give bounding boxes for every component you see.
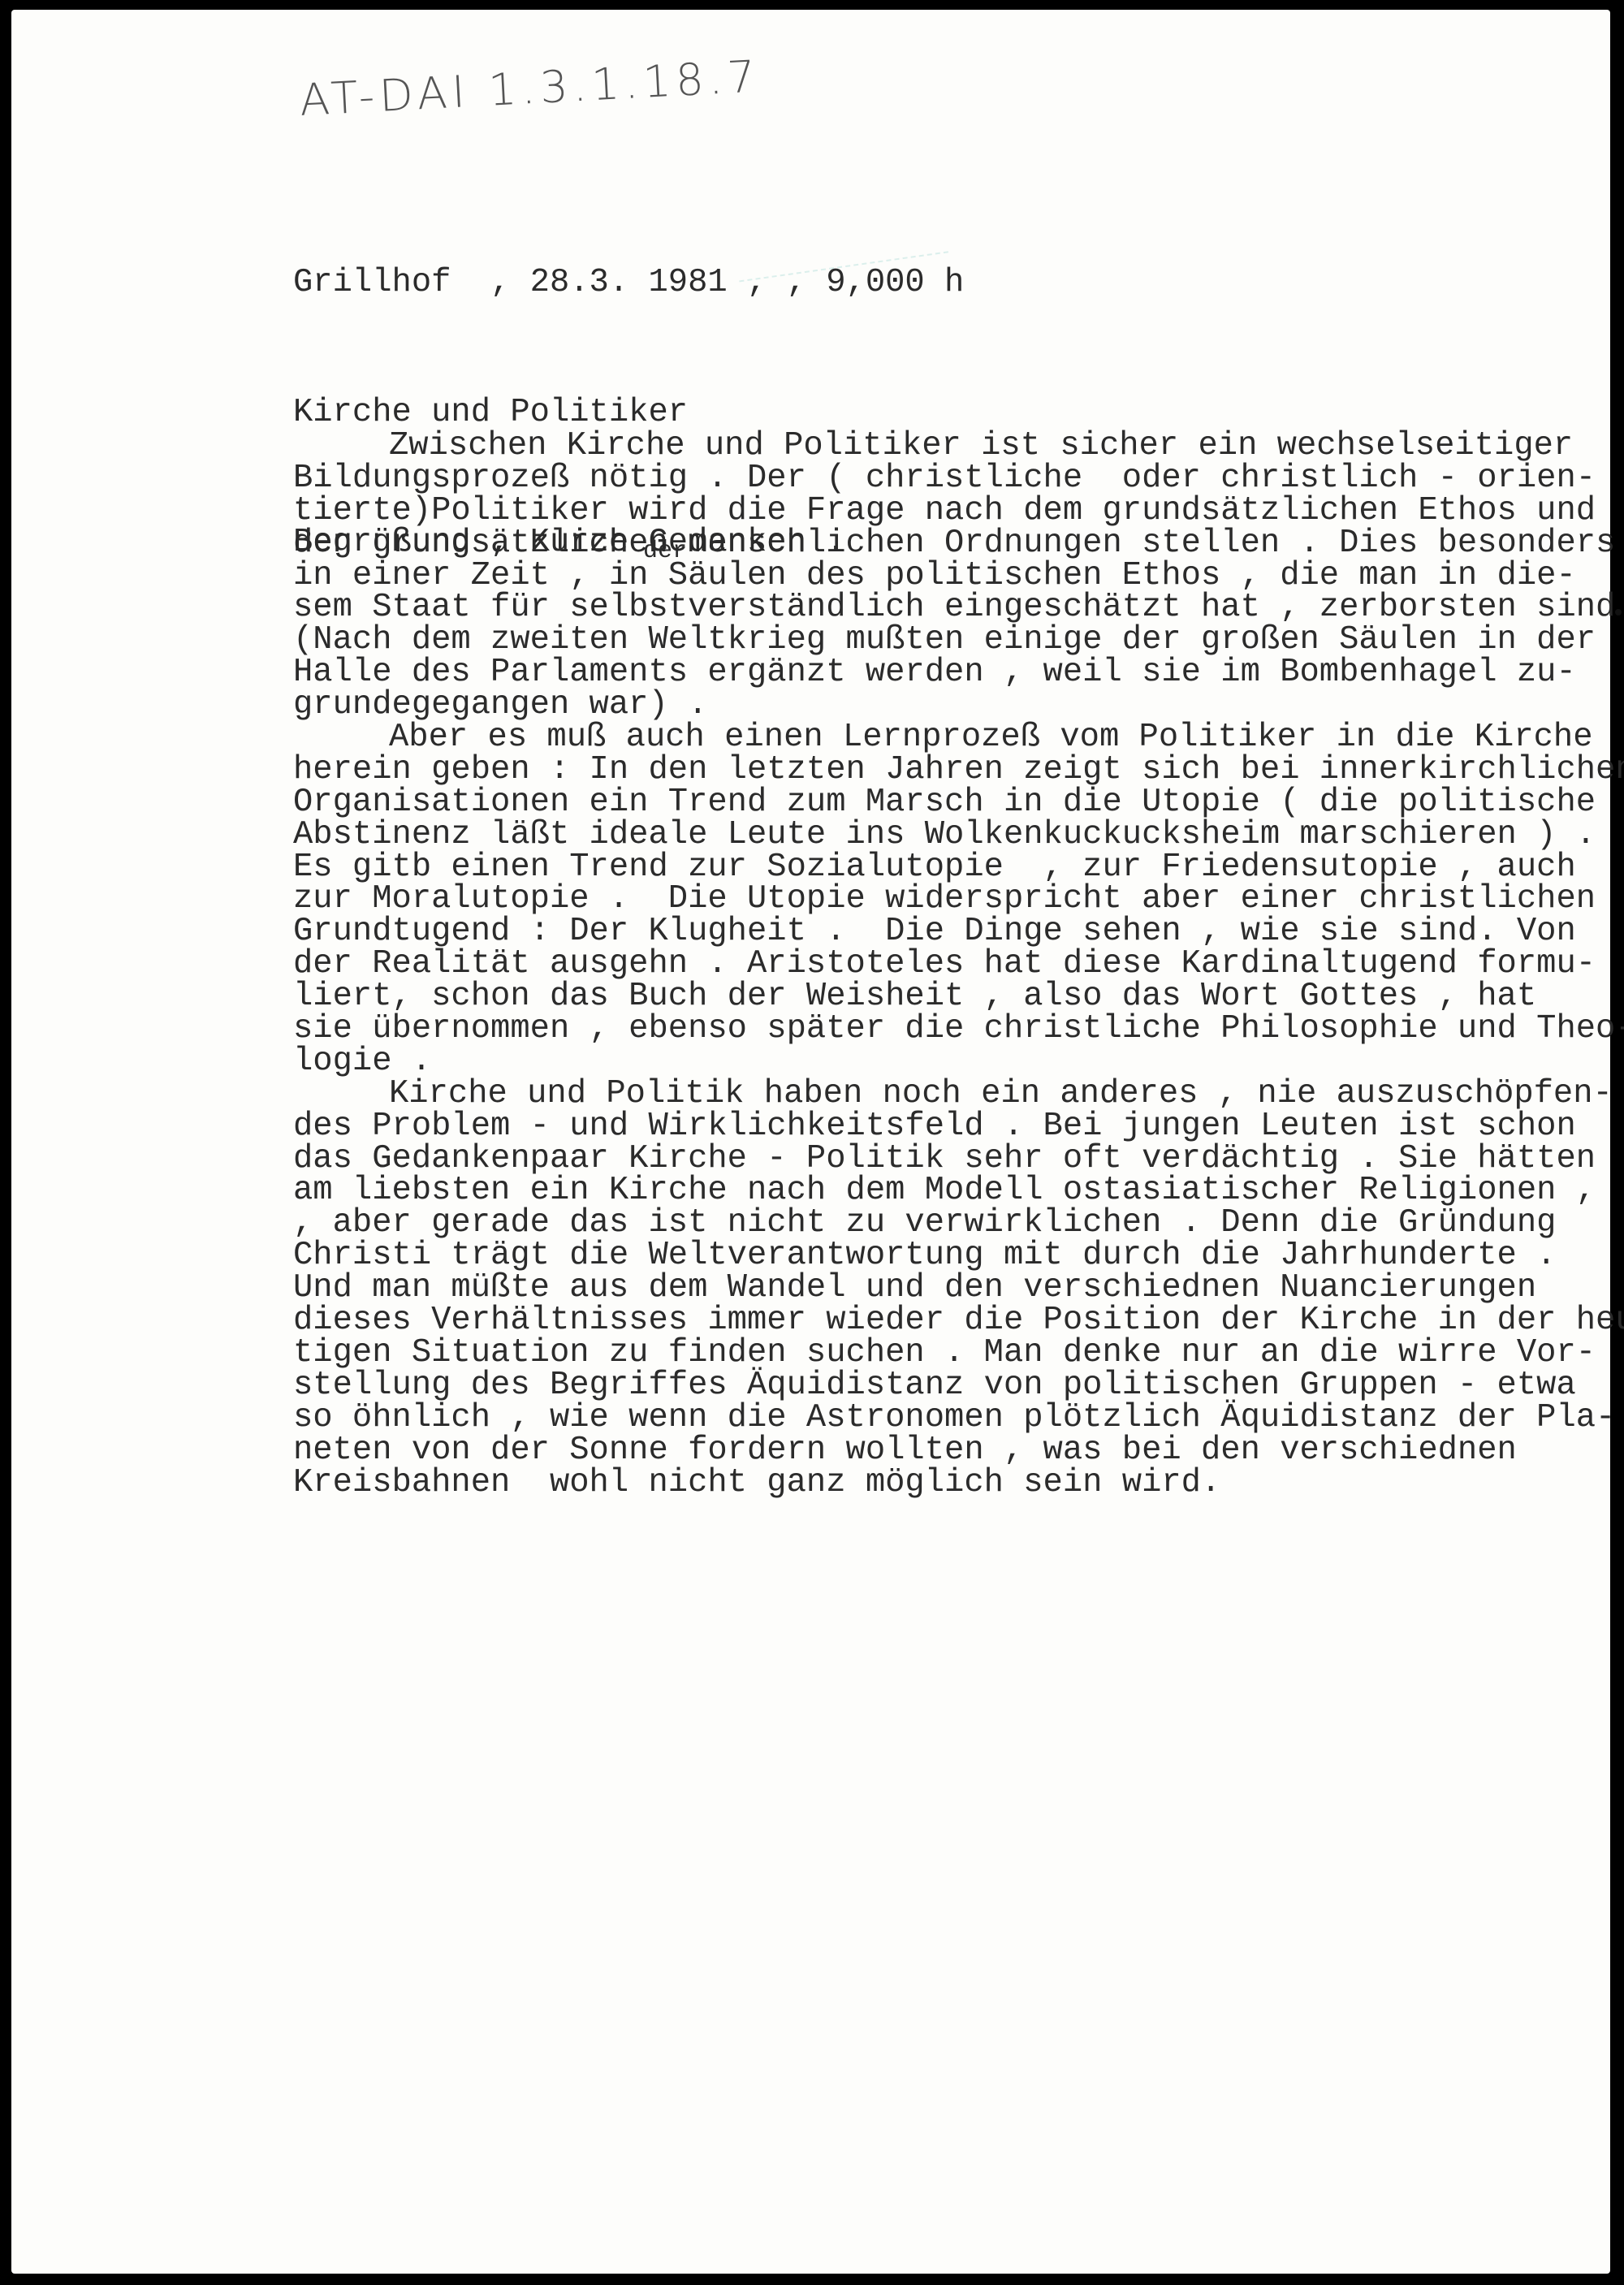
body-line: den grundsätzlichen menschlichen Ordnung… [293,528,1624,560]
body-line: logie . [293,1046,1624,1078]
body-line: Zwischen Kirche und Politiker ist sicher… [293,430,1624,463]
body-line: herein geben : In den letzten Jahren zei… [293,754,1624,787]
body-line: Abstinenz läßt ideale Leute ins Wolkenku… [293,819,1624,852]
scanned-page: AT-DAI 1.3.1.18.7 Grillhof , 28.3. 1981 … [11,10,1610,2274]
body-line: am liebsten ein Kirche nach dem Modell o… [293,1175,1624,1207]
body-line: stellung des Begriffes Äquidistanz von p… [293,1370,1624,1402]
body-line: tigen Situation zu finden suchen . Man d… [293,1337,1624,1370]
body-line: Organisationen ein Trend zum Marsch in d… [293,787,1624,819]
body-line: Und man müßte aus dem Wandel und den ver… [293,1272,1624,1305]
handwritten-archive-id: AT-DAI 1.3.1.18.7 [298,50,761,126]
body-line: tierte)Politiker wird die Frage nach dem… [293,495,1624,528]
body-line: Bildungsprozeß nötig . Der ( christliche… [293,463,1624,495]
body-line: , aber gerade das ist nicht zu verwirkli… [293,1207,1624,1240]
body-line: neten von der Sonne fordern wollten , wa… [293,1435,1624,1467]
body-line: in einer Zeit , in Säulen des politische… [293,560,1624,593]
document-body: Zwischen Kirche und Politiker ist sicher… [293,430,1624,1499]
body-line: der Realität ausgehn . Aristoteles hat d… [293,948,1624,981]
body-line: Es gitb einen Trend zur Sozialutopie , z… [293,852,1624,884]
body-line: des Problem - und Wirklichkeitsfeld . Be… [293,1111,1624,1143]
body-line: so öhnlich , wie wenn die Astronomen plö… [293,1402,1624,1435]
body-line: Halle des Parlaments ergänzt werden , we… [293,657,1624,689]
interlinear-insertion: der [643,536,687,568]
body-line: Kirche und Politik haben noch ein andere… [293,1078,1624,1111]
margin-period-mark [1615,609,1622,616]
body-line: das Gedankenpaar Kirche - Politik sehr o… [293,1143,1624,1176]
body-line: grundegegangen war) . [293,689,1624,722]
body-line: Kreisbahnen wohl nicht ganz möglich sein… [293,1467,1624,1500]
body-line: sem Staat für selbstverständlich eingesc… [293,592,1624,624]
body-line: Christi trägt die Weltverantwortung mit … [293,1240,1624,1272]
body-line: Aber es muß auch einen Lernprozeß vom Po… [293,722,1624,754]
body-line: sie übernommen , ebenso später die chris… [293,1013,1624,1046]
body-line: (Nach dem zweiten Weltkrieg mußten einig… [293,624,1624,657]
place-date-time: Grillhof , 28.3. 1981 , , 9,000 h [293,266,964,331]
body-line: dieses Verhältnisses immer wieder die Po… [293,1305,1624,1337]
body-line: liert, schon das Buch der Weisheit , als… [293,981,1624,1013]
body-line: zur Moralutopie . Die Utopie widersprich… [293,883,1624,916]
body-line: Grundtugend : Der Klugheit . Die Dinge s… [293,916,1624,948]
